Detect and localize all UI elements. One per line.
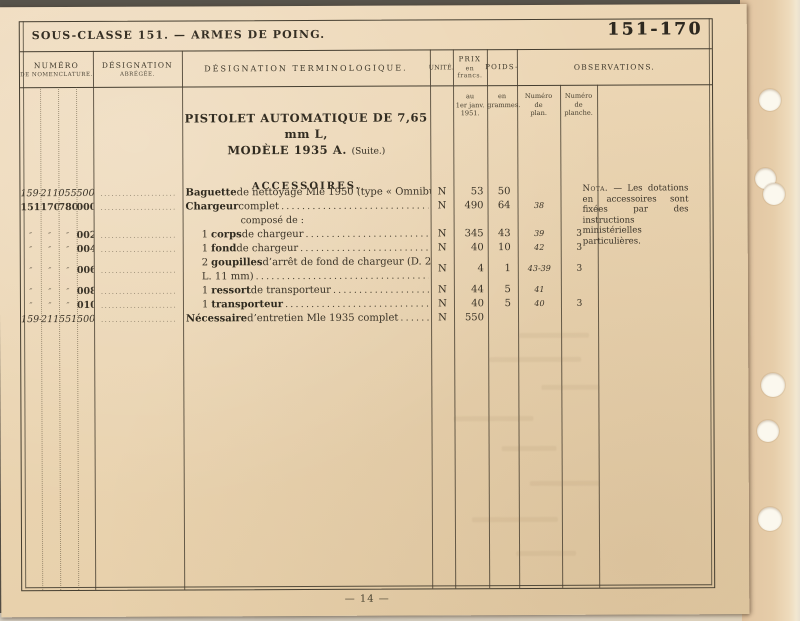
quantity: 1 — [202, 298, 208, 312]
item-name: goupilles — [211, 256, 262, 270]
subheader-text: plan. — [517, 109, 560, 118]
planche-number — [561, 283, 598, 297]
item-description: de nettoyage Mle 1950 (type « Omnibus ») — [237, 185, 431, 200]
weapon-model: MODÈLE 1935 A. — [227, 143, 347, 158]
nomenclature-number: 159- — [21, 313, 41, 327]
abridged-designation — [94, 264, 183, 278]
dotted-leader — [100, 187, 175, 201]
scanned-document: SOUS-CLASSE 151. — ARMES DE POING. 151-1… — [0, 0, 800, 621]
nomenclature-number: ″ — [21, 229, 41, 243]
col-header-poids: POIDS- — [487, 49, 517, 85]
nomenclature-number: 500 — [77, 313, 94, 327]
dotted-leader — [101, 264, 176, 278]
nomenclature-number: 055 — [58, 187, 76, 201]
nomenclature-number: 170 — [41, 201, 59, 215]
subheader-text: planche. — [560, 109, 597, 118]
terminological-designation: Chargeur complet — [183, 199, 431, 214]
designation-line: 1corps de chargeur — [186, 227, 431, 242]
nomenclature-number: 006 — [77, 264, 94, 278]
col-header-text: DÉSIGNATION TERMINOLOGIQUE. — [204, 63, 407, 73]
nomenclature-number: ″ — [41, 285, 59, 299]
item-description: de chargeur — [242, 228, 304, 242]
column-rule — [487, 49, 488, 85]
dotted-leader — [333, 283, 429, 297]
terminological-designation: 1corps de chargeur — [183, 227, 431, 242]
terminological-designation: Nécessaire d’entretien Mle 1935 complet — [183, 311, 431, 326]
column-rule — [93, 87, 96, 590]
nomenclature-number: ″ — [41, 264, 59, 278]
nota-observation: Nota. — Les dotations en accessoires son… — [582, 183, 688, 247]
price-value: 53 — [453, 185, 487, 199]
unit-value: N — [431, 199, 454, 213]
subheader-text: de — [517, 100, 560, 109]
punch-hole — [761, 373, 785, 397]
dotted-leader — [101, 201, 176, 215]
dotted-leader — [300, 241, 429, 256]
subclass-title: SOUS-CLASSE 151. — ARMES DE POING. — [32, 28, 325, 42]
table-body: au 1er janv. 1951. en grammes. Numéro de… — [20, 84, 714, 590]
terminological-designation: 1ressort de transporteur — [183, 283, 431, 298]
item-name: fond — [211, 242, 236, 256]
unit-value: N — [431, 283, 454, 297]
weight-value — [488, 311, 518, 325]
column-rule — [453, 49, 454, 85]
col-header-text: DÉSIGNATION — [102, 60, 173, 69]
weight-value: 43 — [488, 227, 518, 241]
abridged-designation — [94, 285, 183, 299]
nomenclature-number: 000 — [77, 201, 94, 215]
dotted-leader — [285, 297, 429, 312]
subheader-text: Numéro — [517, 92, 560, 101]
plan-number — [517, 185, 560, 199]
designation-line: 2goupilles d’arrêt de fond de chargeur (… — [186, 255, 431, 270]
terminological-designation: 2goupilles d’arrêt de fond de chargeur (… — [183, 255, 431, 284]
nomenclature-number: 002 — [77, 229, 94, 243]
price-value: 490 — [454, 199, 488, 213]
quantity: 1 — [202, 284, 208, 298]
item-description: L. 11 mm) — [202, 270, 254, 284]
designation-line: 1fond de chargeur — [186, 241, 431, 256]
nomenclature-number: ″ — [59, 299, 77, 313]
suite-note: (Suite.) — [352, 147, 386, 157]
weight-value: 10 — [488, 241, 518, 255]
subheader-text: 1er janv. — [453, 101, 487, 110]
designation-line: Chargeur complet — [186, 199, 431, 214]
terminological-designation: 1transporteur — [183, 297, 431, 312]
column-rule — [430, 85, 433, 588]
item-name: Chargeur — [186, 200, 239, 214]
nomenclature-number: 151- — [21, 201, 41, 215]
weapon-title-line1: PISTOLET AUTOMATIQUE DE 7,65 mm L, — [182, 109, 430, 142]
weight-value: 64 — [488, 199, 518, 213]
nomenclature-number: ″ — [21, 264, 41, 278]
nota-label: Nota. — [582, 184, 608, 194]
punch-hole — [759, 89, 781, 111]
plan-number: 41 — [518, 283, 561, 297]
col-header-designation: DÉSIGNATION ABRÉGÉE. — [93, 51, 182, 87]
designation-line: Nécessaire d’entretien Mle 1935 complet — [186, 311, 431, 326]
plan-number: 40 — [518, 297, 561, 311]
price-value: 345 — [454, 227, 488, 241]
unit-value: N — [431, 297, 454, 311]
nomenclature-number: ″ — [59, 243, 77, 257]
plan-number: 38 — [518, 199, 561, 213]
subheader-planche: Numéro de planche. — [560, 92, 597, 118]
unit-value: N — [431, 311, 454, 325]
abridged-designation — [94, 299, 183, 313]
abridged-designation — [93, 187, 182, 201]
item-description: complet — [238, 200, 279, 214]
subheader-plan: Numéro de plan. — [517, 92, 560, 118]
planche-number: 3 — [561, 297, 598, 311]
designation-line: 1transporteur — [186, 297, 431, 312]
nomenclature-number: ″ — [59, 264, 77, 278]
table-row: ″″″0041fond de chargeurN4010423 — [21, 241, 598, 258]
col-header-terminologique: DÉSIGNATION TERMINOLOGIQUE. — [182, 49, 430, 86]
nomenclature-number: 500 — [76, 187, 93, 201]
bleed-through-artifact — [489, 357, 581, 362]
terminological-designation: 1fond de chargeur — [183, 241, 431, 256]
section-title: PISTOLET AUTOMATIQUE DE 7,65 mm L, MODÈL… — [182, 109, 430, 192]
nomenclature-number: ″ — [41, 229, 59, 243]
column-rule — [430, 49, 431, 85]
weight-value: 5 — [488, 297, 518, 311]
designation-line: 1ressort de transporteur — [186, 283, 431, 298]
unit-value: N — [431, 227, 454, 241]
weight-value: 1 — [488, 262, 518, 276]
price-value: 550 — [454, 311, 488, 325]
table-row: 151-170780000Chargeur completN4906438 — [21, 199, 598, 216]
nomenclature-number: ″ — [59, 229, 77, 243]
nomenclature-number: ″ — [21, 299, 41, 313]
nomenclature-number: 551 — [59, 313, 77, 327]
subheader-prix-date: au 1er janv. 1951. — [453, 92, 487, 118]
composed-of-note: composé de : — [183, 213, 431, 228]
price-value: 44 — [454, 283, 488, 297]
dotted-leader — [101, 313, 176, 327]
page-number: — 14 — — [21, 592, 713, 606]
price-value: 40 — [454, 241, 488, 255]
bleed-through-artifact — [519, 333, 589, 338]
price-value: 40 — [454, 297, 488, 311]
weapon-title-line2: MODÈLE 1935 A. (Suite.) — [182, 141, 430, 160]
item-name: Nécessaire — [186, 312, 247, 326]
abridged-designation — [94, 201, 183, 215]
dotted-leader — [400, 311, 429, 325]
item-name: ressort — [211, 284, 251, 298]
plan-number — [518, 311, 561, 325]
unit-value: N — [431, 262, 454, 276]
item-name: corps — [211, 228, 242, 242]
nomenclature-number: 004 — [77, 243, 94, 257]
nomenclature-number: ″ — [41, 299, 59, 313]
nomenclature-number: 008 — [77, 285, 94, 299]
column-rule — [487, 85, 490, 588]
subheader-text: grammes. — [487, 101, 517, 110]
planche-number: 3 — [561, 262, 598, 276]
column-rule-dotted — [40, 87, 43, 590]
subheader-text: au — [453, 92, 487, 101]
item-description: d’arrêt de fond de chargeur (D. 2,5 mm — — [262, 255, 430, 270]
nomenclature-number: 211 — [41, 313, 59, 327]
column-rule — [182, 51, 183, 87]
abridged-designation — [94, 229, 183, 243]
table-header-row: NUMÉRO DE NOMENCLATURE. DÉSIGNATION ABRÉ… — [20, 48, 712, 88]
table-row: ″″″0062goupilles d’arrêt de fond de char… — [21, 255, 598, 286]
subheader-text: de — [560, 100, 597, 109]
punch-hole — [763, 183, 785, 205]
dotted-leader — [101, 285, 176, 299]
item-name: transporteur — [211, 298, 283, 312]
dotted-leader — [305, 227, 428, 242]
nomenclature-number: ″ — [41, 243, 59, 257]
quantity: 1 — [202, 228, 208, 242]
bleed-through-artifact — [530, 481, 600, 486]
column-rule — [93, 51, 94, 87]
col-header-text: UNITÉ. — [429, 64, 455, 71]
col-header-text: OBSERVATIONS. — [574, 62, 655, 71]
nomenclature-number: ″ — [21, 243, 41, 257]
col-header-observations: OBSERVATIONS. — [517, 48, 712, 85]
nomenclature-number: ″ — [21, 285, 41, 299]
item-description: de chargeur — [236, 242, 298, 256]
nomenclature-number: 780 — [59, 201, 77, 215]
item-description: d’entretien Mle 1935 complet — [247, 312, 398, 327]
table-row: 159-211551500Nécessaire d’entretien Mle … — [21, 311, 598, 328]
nomenclature-number: 159- — [20, 187, 40, 201]
column-rule-dotted — [58, 87, 61, 590]
col-header-numero: NUMÉRO DE NOMENCLATURE. — [20, 51, 93, 87]
subheader-text: Numéro — [560, 92, 597, 101]
bleed-through-artifact — [516, 551, 576, 556]
plan-number: 39 — [518, 227, 561, 241]
item-name: Baguette — [185, 186, 236, 200]
quantity: 2 — [202, 256, 208, 270]
subheader-text: 1951. — [453, 109, 487, 118]
subheader-poids-unit: en grammes. — [487, 92, 517, 109]
bleed-through-artifact — [472, 517, 558, 522]
dotted-leader — [101, 299, 176, 313]
weight-value: 50 — [487, 185, 517, 199]
col-header-text: DE NOMENCLATURE. — [20, 71, 93, 77]
col-header-text: NUMÉRO — [34, 60, 79, 69]
designation-line-2: L. 11 mm) — [186, 269, 431, 284]
col-header-text: en francs. — [453, 65, 487, 79]
page-header-band: SOUS-CLASSE 151. — ARMES DE POING. 151-1… — [20, 19, 712, 52]
bleed-through-artifact — [502, 446, 557, 451]
bleed-through-artifact — [453, 416, 533, 421]
column-rule-dotted — [76, 87, 79, 590]
unit-value: N — [431, 241, 454, 255]
nomenclature-number: 211 — [40, 187, 58, 201]
table-frame: SOUS-CLASSE 151. — ARMES DE POING. 151-1… — [19, 18, 715, 591]
col-header-text: ABRÉGÉE. — [120, 71, 155, 77]
bleed-through-artifact — [541, 385, 599, 390]
folio-number: 151-170 — [607, 19, 703, 39]
dotted-leader — [101, 243, 176, 257]
price-value: 4 — [454, 262, 488, 276]
col-header-text: POIDS- — [485, 63, 518, 71]
column-rule — [597, 85, 600, 588]
plan-number: 43-39 — [518, 262, 561, 276]
table-rows: 159-211055500Baguette de nettoyage Mle 1… — [20, 185, 598, 328]
col-header-unite: UNITÉ. — [430, 49, 453, 85]
nomenclature-number: 010 — [77, 299, 94, 313]
dotted-leader — [101, 229, 176, 243]
item-description: de transporteur — [251, 284, 331, 298]
column-rule — [453, 85, 456, 588]
col-header-prix: PRIX en francs. — [453, 49, 487, 85]
plan-number: 42 — [518, 241, 561, 255]
designation-line: Baguette de nettoyage Mle 1950 (type « O… — [185, 185, 430, 200]
weight-value: 5 — [488, 283, 518, 297]
unit-value: N — [430, 185, 453, 199]
nomenclature-number: ″ — [59, 285, 77, 299]
terminological-designation: Baguette de nettoyage Mle 1950 (type « O… — [182, 185, 430, 200]
subheader-text: en — [487, 92, 517, 101]
dotted-leader — [256, 269, 429, 284]
punch-hole — [758, 507, 782, 531]
planche-number — [561, 311, 598, 325]
punch-hole — [757, 420, 779, 442]
abridged-designation — [94, 243, 183, 257]
dotted-leader — [281, 199, 429, 214]
column-rule — [517, 49, 518, 85]
col-header-text: PRIX — [459, 55, 482, 63]
abridged-designation — [94, 313, 183, 327]
page-edge-strip — [740, 0, 800, 621]
quantity: 1 — [202, 242, 208, 256]
catalog-page: SOUS-CLASSE 151. — ARMES DE POING. 151-1… — [0, 4, 749, 617]
